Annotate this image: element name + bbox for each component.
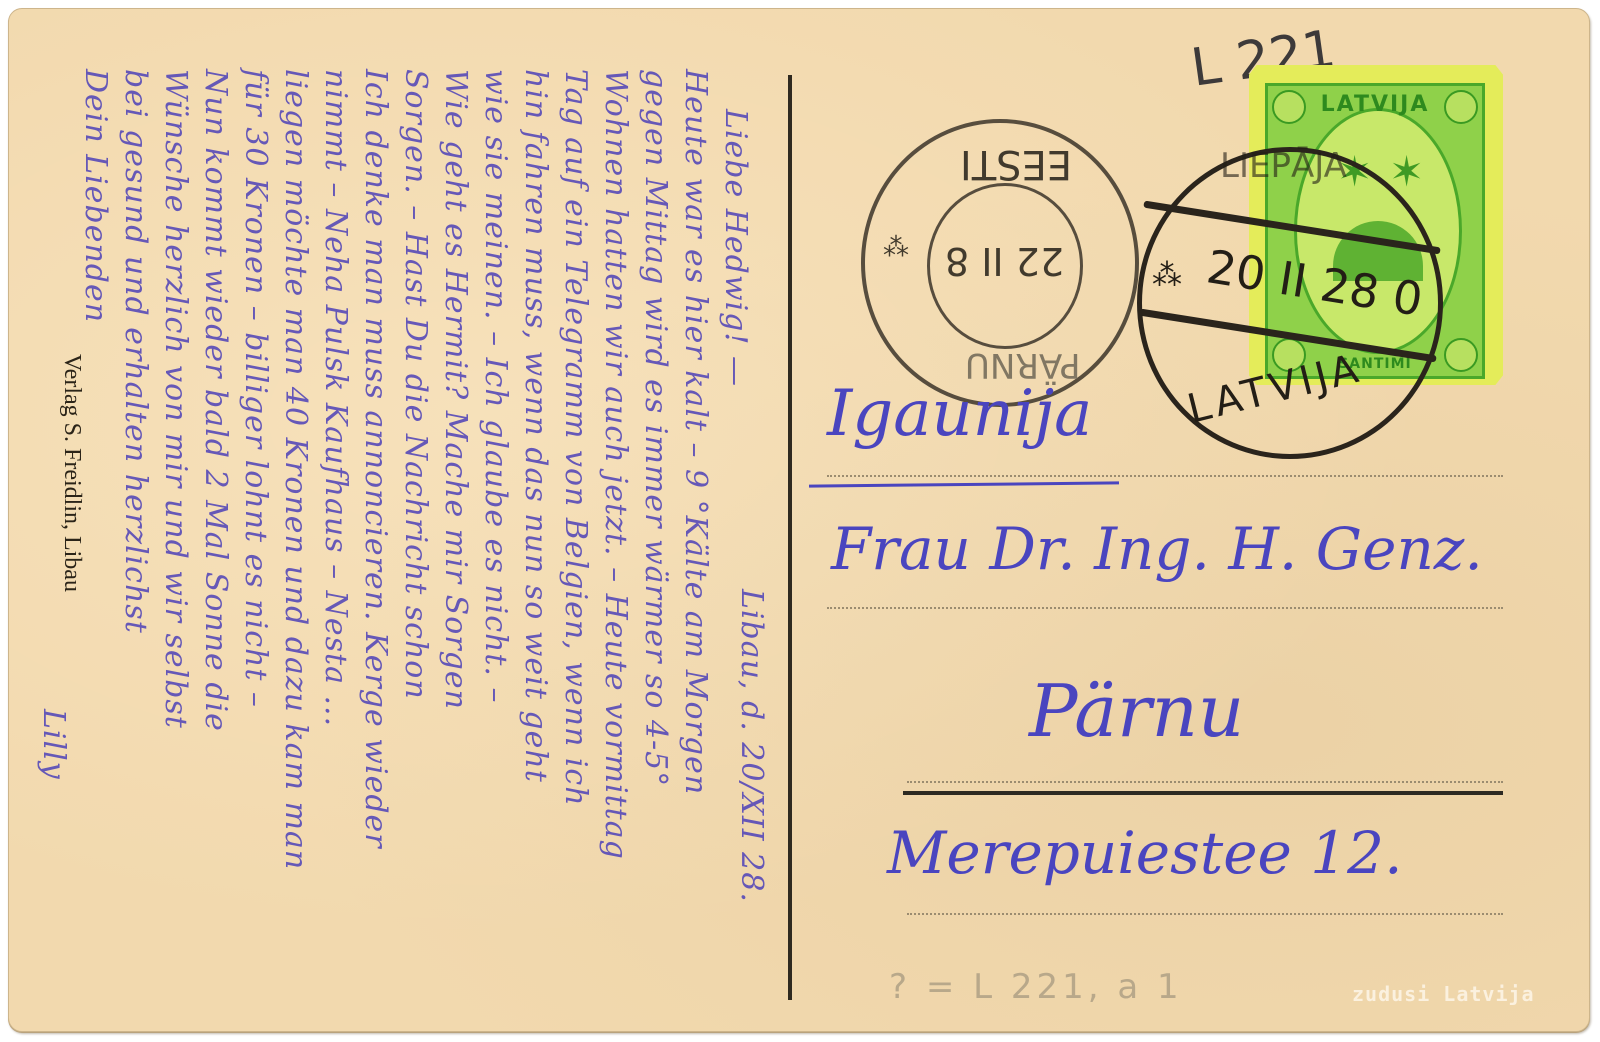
message-line-text: Dein Liebenden (78, 69, 113, 323)
message-line-text: Wünsche herzlich von mir und wir selbst (158, 69, 193, 729)
message-line: Ich denke man muss annoncieren. Kerge wi… (349, 69, 393, 1009)
message-line: nimmt – Neha Pulsk Kaufhaus – Nesta ... (309, 69, 353, 1009)
message-line-text: Ich denke man muss annoncieren. Kerge wi… (358, 69, 393, 849)
address-line-3 (907, 781, 1503, 783)
address-recipient: Frau Dr. Ing. H. Genz. (831, 515, 1483, 583)
message-line: bei gesund und erhalten herzlichst (109, 69, 153, 1009)
message-line: Wohnen hatten wir auch jetzt. – Heute vo… (589, 69, 633, 1009)
message-line-text: liegen möchte man 40 Kronen und dazu kam… (278, 69, 313, 870)
star-icon: ✶ (1389, 151, 1424, 193)
message-line: Tag auf ein Telegramm von Belgien, wenn … (549, 69, 593, 1009)
message-line-text: hin fahren muss, wenn das nun so weit ge… (518, 69, 553, 783)
message-line-text: Liebe Hedwig! — (718, 109, 753, 387)
message-line: Heute war es hier kalt – 9 °Kälte am Mor… (669, 69, 713, 1009)
message-line-text: wie sie meinen. – Ich glaube es nicht. – (478, 69, 513, 704)
watermark: zudusi Latvija (1352, 982, 1535, 1006)
message-line-text: Wie geht es Hermit? Mache mir Sorgen (438, 69, 473, 710)
message-line-text: Heute war es hier kalt – 9 °Kälte am Mor… (678, 69, 713, 795)
message-line: liegen möchte man 40 Kronen und dazu kam… (269, 69, 313, 1009)
publisher-imprint: Verlag S. Freidlin, Libau (57, 354, 87, 694)
message-line: Nun kommt wieder bald 2 Mal Sonne die (189, 69, 233, 1009)
postcard: Libau, d. 20/XII 28.Liebe Hedwig! —Heute… (8, 8, 1590, 1032)
message-line-text: Sorgen. – Hast Du die Nachricht schon (398, 69, 433, 700)
stamp-country: LATVIJA (1268, 92, 1482, 117)
address-country-underline (809, 481, 1119, 487)
address-country: Igaunija (827, 377, 1092, 451)
message-line: wie sie meinen. – Ich glaube es nicht. – (469, 69, 513, 1009)
address-line-1 (827, 475, 1503, 477)
address-street: Merepuiestee 12. (887, 819, 1403, 887)
center-divider-line (788, 75, 792, 1000)
message-line-text: nimmt – Neha Pulsk Kaufhaus – Nesta ... (318, 69, 353, 727)
message-line: hin fahren muss, wenn das nun so weit ge… (509, 69, 553, 1009)
postmark-star-icon: ⁂ (883, 233, 909, 263)
catalog-pencil-note: ? = L 221, a 1 (889, 967, 1183, 1007)
message-line: Sorgen. – Hast Du die Nachricht schon (389, 69, 433, 1009)
message-line-text: gegen Mittag wird es immer wärmer so 4-5… (638, 69, 673, 787)
postmark-arrival-date: 22 II 8 (945, 239, 1064, 283)
address-city-rule (903, 791, 1503, 795)
address-city: Pärnu (1029, 669, 1244, 753)
message-line-text: für 30 Kronen – billiger lohnt es nicht … (238, 69, 273, 708)
postmark-star-icon: ⁂ (1152, 258, 1182, 293)
message-line-text: Tag auf ein Telegramm von Belgien, wenn … (558, 69, 593, 807)
postmark-departure-bottom-text: LATVIJA (1183, 345, 1366, 433)
postmark-departure-date: 20 II 28 0 (1203, 239, 1426, 326)
address-line-2 (827, 607, 1503, 609)
message-line: gegen Mittag wird es immer wärmer so 4-5… (629, 69, 673, 1009)
postmark-departure: LIEPĀJA 20 II 28 0 LATVIJA ⁂ (1137, 147, 1443, 459)
message-line-text: bei gesund und erhalten herzlichst (118, 69, 153, 634)
postmark-bar (1143, 201, 1440, 255)
message-line-text: Wohnen hatten wir auch jetzt. – Heute vo… (598, 69, 633, 860)
message-line: für 30 Kronen – billiger lohnt es nicht … (229, 69, 273, 1009)
publisher-imprint-text: Verlag S. Freidlin, Libau (58, 354, 85, 592)
postmark-arrival: EESTI PÄRNU 22 II 8 ⁂ (861, 119, 1139, 407)
postmark-departure-top-text: LIEPĀJA (1220, 146, 1347, 186)
postmark-arrival-top-text: EESTI (960, 141, 1072, 187)
message-line: Liebe Hedwig! — (709, 69, 753, 1009)
message-line: Wie geht es Hermit? Mache mir Sorgen (429, 69, 473, 1009)
message-line-text: Nun kommt wieder bald 2 Mal Sonne die (198, 69, 233, 732)
message-line: Wünsche herzlich von mir und wir selbst (149, 69, 193, 1009)
signature-text: Lilly (36, 709, 71, 780)
address-line-4 (907, 913, 1503, 915)
